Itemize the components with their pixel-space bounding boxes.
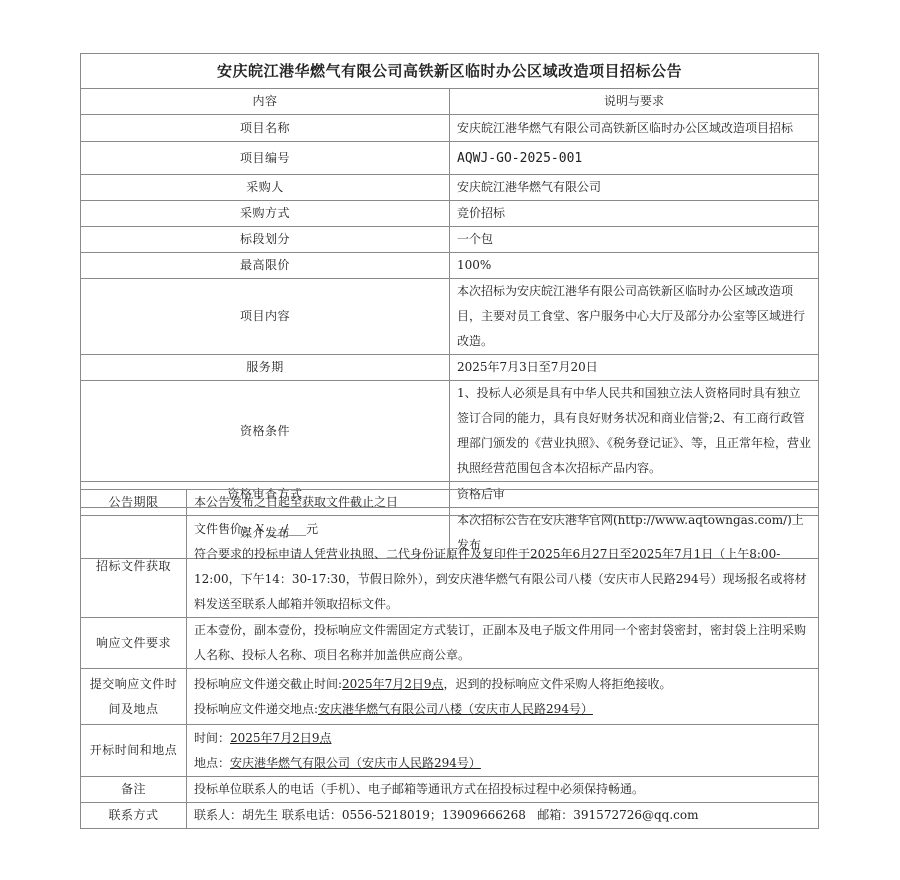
label: 提交响应文件时间及地点	[81, 669, 187, 725]
place-prefix: 投标响应文件递交地点:	[194, 702, 318, 716]
value: AQWJ-GO-2025-001	[450, 142, 819, 175]
value: 2025年7月3日至7月20日	[450, 355, 819, 381]
time-value: 2025年7月2日9点	[230, 731, 331, 745]
header-content: 内容	[81, 89, 450, 115]
row-purchase-method: 采购方式 竞价招标	[81, 201, 819, 227]
deadline-suffix: ，迟到的投标响应文件采购人将拒绝接收。	[444, 677, 672, 691]
row-project-name: 项目名称 安庆皖江港华燃气有限公司高铁新区临时办公区域改造项目招标	[81, 115, 819, 142]
place-value: 安庆港华燃气有限公司八楼（安庆市人民路294号）	[318, 702, 593, 716]
document-title: 安庆皖江港华燃气有限公司高铁新区临时办公区域改造项目招标公告	[81, 54, 819, 89]
row-lot-division: 标段划分 一个包	[81, 227, 819, 253]
row-document-acquisition: 招标文件获取 文件售价：￥___/___元 符合要求的投标申请人凭营业执照、二代…	[81, 516, 819, 618]
place-value: 安庆港华燃气有限公司（安庆市人民路294号）	[230, 756, 481, 770]
row-contact: 联系方式 联系人：胡先生 联系电话：0556-5218019；139096662…	[81, 803, 819, 829]
header-requirements: 说明与要求	[450, 89, 819, 115]
row-service-period: 服务期 2025年7月3日至7月20日	[81, 355, 819, 381]
label: 开标时间和地点	[81, 725, 187, 777]
row-response-requirements: 响应文件要求 正本壹份，副本壹份，投标响应文件需固定方式装订，正副本及电子版文件…	[81, 618, 819, 669]
deadline-prefix: 投标响应文件递交截止时间:	[194, 677, 342, 691]
row-project-content: 项目内容 本次招标为安庆皖江港华有限公司高铁新区临时办公区域改造项目，主要对员工…	[81, 279, 819, 355]
deadline-value: 2025年7月2日9点	[342, 677, 443, 691]
value: 1、投标人必须是具有中华人民共和国独立法人资格同时具有独立签订合同的能力，具有良…	[450, 381, 819, 482]
label: 采购方式	[81, 201, 450, 227]
value: 投标单位联系人的电话（手机）、电子邮箱等通讯方式在招投标过程中必须保持畅通。	[187, 777, 819, 803]
label: 最高限价	[81, 253, 450, 279]
row-notice-period: 公告期限 本公告发布之日起至获取文件截止之日	[81, 490, 819, 516]
label: 招标文件获取	[81, 516, 187, 618]
place-prefix: 地点：	[194, 756, 230, 770]
row-max-price: 最高限价 100%	[81, 253, 819, 279]
submission-deadline: 投标响应文件递交截止时间:2025年7月2日9点，迟到的投标响应文件采购人将拒绝…	[194, 672, 811, 697]
value: 安庆皖江港华燃气有限公司高铁新区临时办公区域改造项目招标	[450, 115, 819, 142]
label: 服务期	[81, 355, 450, 381]
value: 联系人：胡先生 联系电话：0556-5218019；13909666268 邮箱…	[187, 803, 819, 829]
acquisition-detail: 符合要求的投标申请人凭营业执照、二代身份证原件及复印件于2025年6月27日至2…	[194, 542, 811, 617]
opening-place: 地点：安庆港华燃气有限公司（安庆市人民路294号）	[194, 751, 811, 776]
opening-time: 时间：2025年7月2日9点	[194, 726, 811, 751]
price-value: ___/___	[266, 522, 306, 536]
row-opening: 开标时间和地点 时间：2025年7月2日9点 地点：安庆港华燃气有限公司（安庆市…	[81, 725, 819, 777]
label: 标段划分	[81, 227, 450, 253]
value: 投标响应文件递交截止时间:2025年7月2日9点，迟到的投标响应文件采购人将拒绝…	[187, 669, 819, 725]
label: 项目编号	[81, 142, 450, 175]
label: 项目内容	[81, 279, 450, 355]
value: 一个包	[450, 227, 819, 253]
row-remark: 备注 投标单位联系人的电话（手机）、电子邮箱等通讯方式在招投标过程中必须保持畅通…	[81, 777, 819, 803]
row-qualification: 资格条件 1、投标人必须是具有中华人民共和国独立法人资格同时具有独立签订合同的能…	[81, 381, 819, 482]
label: 项目名称	[81, 115, 450, 142]
value: 文件售价：￥___/___元 符合要求的投标申请人凭营业执照、二代身份证原件及复…	[187, 516, 819, 618]
value: 时间：2025年7月2日9点 地点：安庆港华燃气有限公司（安庆市人民路294号）	[187, 725, 819, 777]
tender-procedure-table: 公告期限 本公告发布之日起至获取文件截止之日 招标文件获取 文件售价：￥___/…	[80, 489, 819, 829]
label: 备注	[81, 777, 187, 803]
label: 响应文件要求	[81, 618, 187, 669]
row-project-number: 项目编号 AQWJ-GO-2025-001	[81, 142, 819, 175]
price-suffix: 元	[306, 522, 318, 536]
tender-info-table: 安庆皖江港华燃气有限公司高铁新区临时办公区域改造项目招标公告 内容 说明与要求 …	[80, 53, 819, 559]
time-prefix: 时间：	[194, 731, 230, 745]
value: 本次招标为安庆皖江港华有限公司高铁新区临时办公区域改造项目，主要对员工食堂、客户…	[450, 279, 819, 355]
label: 联系方式	[81, 803, 187, 829]
label: 资格条件	[81, 381, 450, 482]
document-price: 文件售价：￥___/___元	[194, 517, 811, 542]
value: 正本壹份，副本壹份，投标响应文件需固定方式装订，正副本及电子版文件用同一个密封袋…	[187, 618, 819, 669]
label: 公告期限	[81, 490, 187, 516]
value: 本公告发布之日起至获取文件截止之日	[187, 490, 819, 516]
submission-place: 投标响应文件递交地点:安庆港华燃气有限公司八楼（安庆市人民路294号）	[194, 697, 811, 722]
price-prefix: 文件售价：￥	[194, 522, 266, 536]
row-submission: 提交响应文件时间及地点 投标响应文件递交截止时间:2025年7月2日9点，迟到的…	[81, 669, 819, 725]
label: 采购人	[81, 175, 450, 201]
value: 100%	[450, 253, 819, 279]
value: 安庆皖江港华燃气有限公司	[450, 175, 819, 201]
value: 竞价招标	[450, 201, 819, 227]
row-purchaser: 采购人 安庆皖江港华燃气有限公司	[81, 175, 819, 201]
